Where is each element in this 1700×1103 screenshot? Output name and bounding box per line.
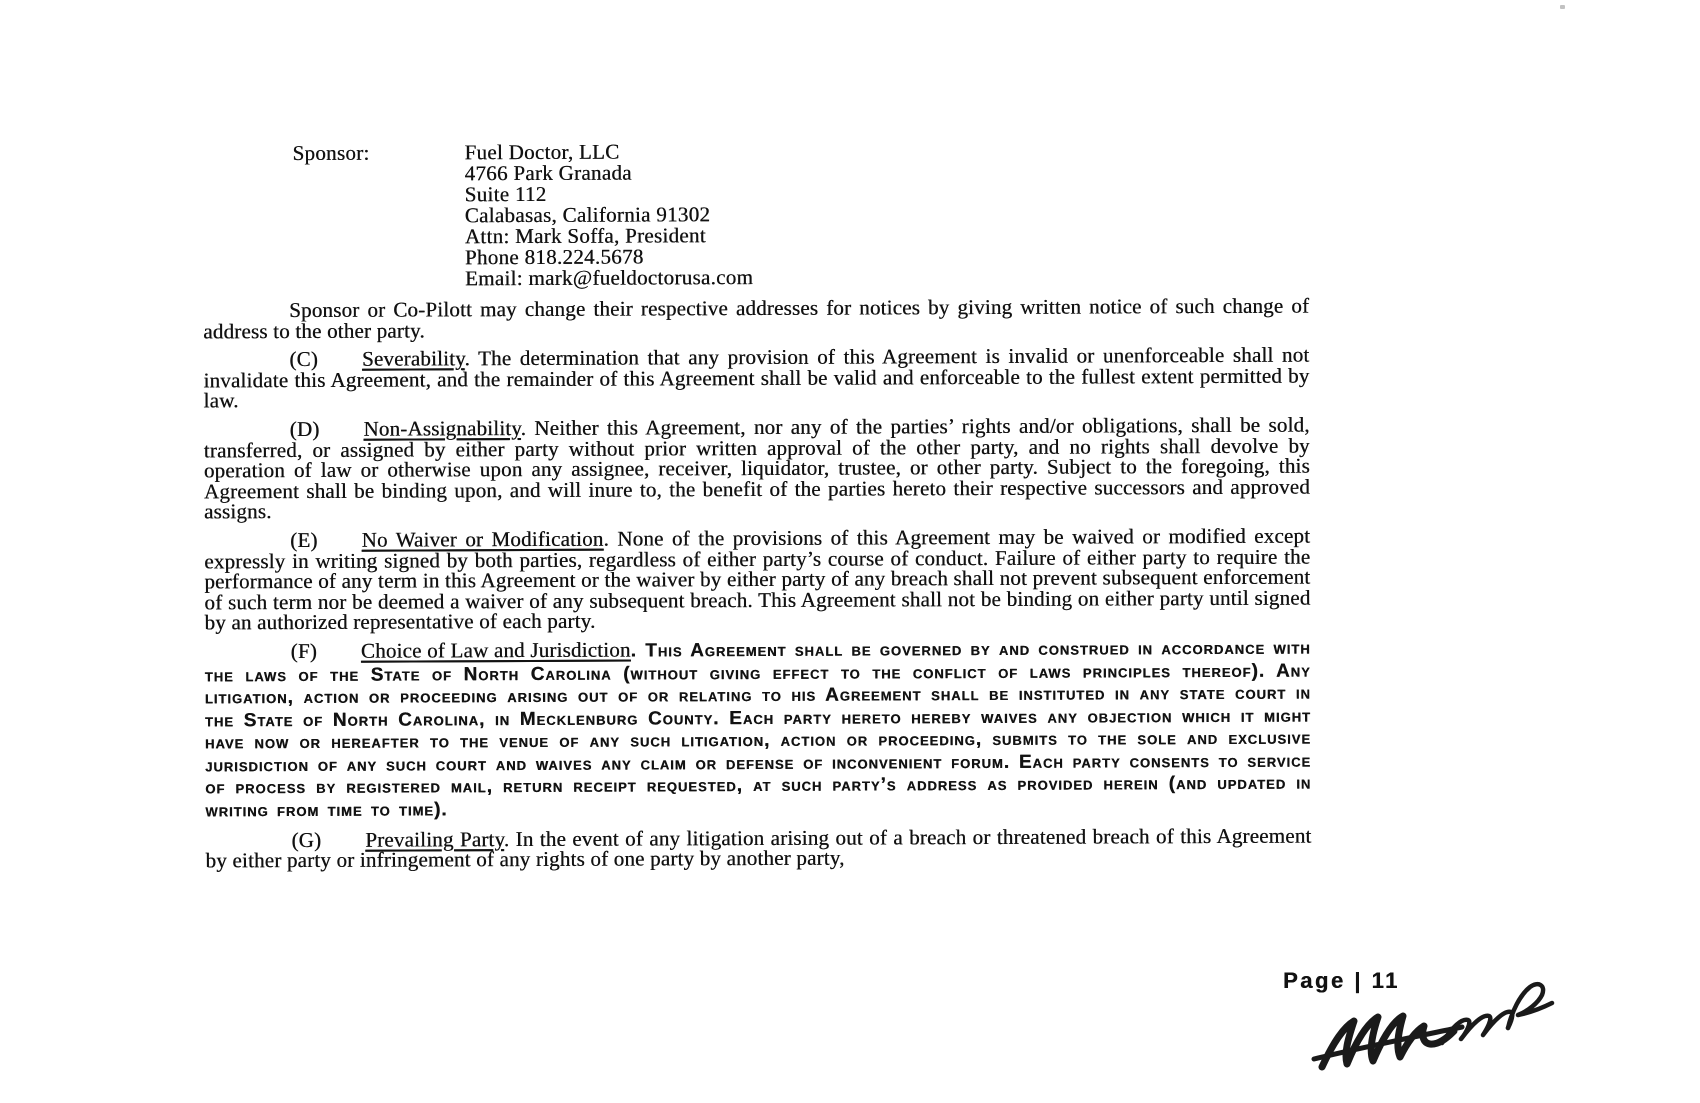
scanned-document-page: Sponsor: Fuel Doctor, LLC 4766 Park Gran… xyxy=(0,0,1700,1103)
initials-right-flourish xyxy=(1508,984,1552,1028)
handwritten-initials xyxy=(1300,973,1560,1083)
clause-f-body: . This Agreement shall be governed by an… xyxy=(205,637,1312,821)
document-content: Sponsor: Fuel Doctor, LLC 4766 Park Gran… xyxy=(202,139,1311,880)
address-line-email: Email: mark@fueldoctorusa.com xyxy=(465,267,753,289)
clause-f-choice-of-law: (F)Choice of Law and Jurisdiction. This … xyxy=(205,636,1312,822)
address-line-street: 4766 Park Granada xyxy=(464,162,752,184)
sponsor-label: Sponsor: xyxy=(292,142,465,290)
handwritten-initials-svg xyxy=(1300,973,1560,1083)
scan-artifact-dot xyxy=(1560,5,1565,9)
clause-d-non-assignability: (D)Non-Assignability. Neither this Agree… xyxy=(204,415,1310,523)
sponsor-address-block: Sponsor: Fuel Doctor, LLC 4766 Park Gran… xyxy=(292,139,1309,290)
sponsor-address-lines: Fuel Doctor, LLC 4766 Park Granada Suite… xyxy=(464,141,753,289)
clause-f-heading: Choice of Law and Jurisdiction xyxy=(361,637,631,662)
initials-right-m-stroke xyxy=(1442,1012,1512,1043)
clause-e-no-waiver: (E)No Waiver or Modification. None of th… xyxy=(204,526,1310,634)
notice-change-paragraph: Sponsor or Co-Pilott may change their re… xyxy=(203,296,1309,342)
clause-g-prevailing-party: (G)Prevailing Party. In the event of any… xyxy=(205,825,1311,871)
clause-c-severability: (C)Severability. The determination that … xyxy=(203,345,1309,412)
clause-f-label: (F) xyxy=(291,639,317,663)
